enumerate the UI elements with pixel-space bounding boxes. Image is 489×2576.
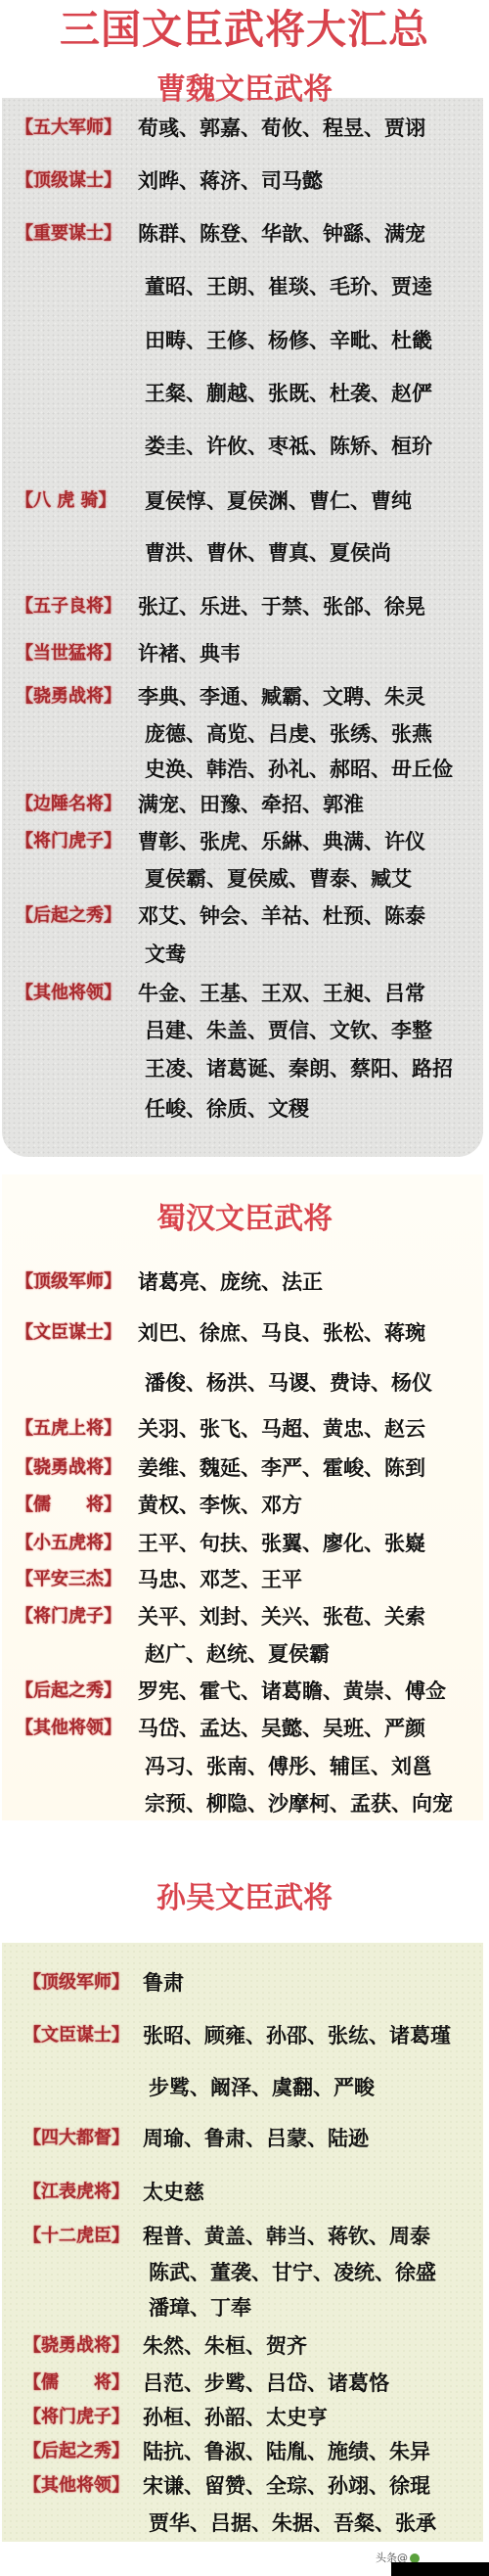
wu-row: 潘璋、丁奉 [0,2293,489,2323]
names-list: 董昭、王朗、崔琰、毛玠、贾逵 [145,272,432,301]
wu-row: 【其他将领】宋谦、留赞、全琮、孙翊、徐琨 [0,2471,489,2501]
wei-row: 【顶级谋士】刘晔、蒋济、司马懿 [0,166,489,196]
wei-row: 【后起之秀】邓艾、钟会、羊祜、杜预、陈泰 [0,901,489,931]
wu-row: 陈武、董袭、甘宁、凌统、徐盛 [0,2258,489,2287]
names-list: 王平、句扶、张翼、廖化、张嶷 [138,1529,425,1558]
names-list: 姜维、魏延、李严、霍峻、陈到 [138,1453,425,1483]
names-list: 邓艾、钟会、羊祜、杜预、陈泰 [138,901,425,931]
category-label: 【顶级军师】 [16,1267,121,1297]
wei-row: 王粲、蒯越、张既、杜袭、赵俨 [0,379,489,408]
shu-row: 【五虎上将】关羽、张飞、马超、黄忠、赵云 [0,1414,489,1444]
names-list: 黄权、李恢、邓方 [138,1491,302,1520]
wei-row: 吕建、朱盖、贾信、文钦、李整 [0,1016,489,1045]
category-label: 【边陲名将】 [16,790,121,819]
names-list: 曹彰、张虎、乐綝、典满、许仪 [138,827,425,856]
wei-row: 娄圭、许攸、枣祗、陈矫、桓玠 [0,432,489,461]
category-label: 【后起之秀】 [16,901,121,931]
wei-row: 夏侯霸、夏侯威、曹泰、臧艾 [0,864,489,894]
shu-row: 【文臣谋士】刘巴、徐庶、马良、张松、蒋琬 [0,1318,489,1348]
wu-row: 【文臣谋士】张昭、顾雍、孙邵、张纮、诸葛瑾 [0,2021,489,2050]
wu-row: 【顶级军师】鲁肃 [0,1968,489,1998]
names-list: 周瑜、鲁肃、吕蒙、陆逊 [143,2124,369,2153]
names-list: 王凌、诸葛诞、秦朗、蔡阳、路招 [145,1054,453,1083]
shu-row: 赵广、赵统、夏侯霸 [0,1639,489,1669]
names-list: 关平、刘封、关兴、张苞、关索 [138,1602,425,1632]
category-label: 【骁勇战将】 [16,1453,121,1483]
wei-row: 史涣、韩浩、孙礼、郝昭、毌丘俭 [0,755,489,784]
category-label: 【文臣谋士】 [16,1318,121,1348]
wu-row: 贾华、吕据、朱据、吾粲、张承 [0,2508,489,2538]
category-label: 【文臣谋士】 [23,2021,129,2050]
names-list: 荀彧、郭嘉、荀攸、程昱、贾诩 [138,114,425,143]
names-list: 刘晔、蒋济、司马懿 [138,166,323,196]
wei-row: 【五子良将】张辽、乐进、于禁、张郃、徐晃 [0,592,489,621]
names-list: 张辽、乐进、于禁、张郃、徐晃 [138,592,425,621]
names-list: 夏侯惇、夏侯渊、曹仁、曹纯 [145,486,412,516]
category-label: 【儒 将】 [23,2369,129,2398]
category-label: 【五子良将】 [16,592,121,621]
names-list: 曹洪、曹休、曹真、夏侯尚 [145,538,391,568]
wei-row: 董昭、王朗、崔琰、毛玠、贾逵 [0,272,489,301]
category-label: 【其他将领】 [16,979,121,1008]
category-label: 【四大都督】 [23,2124,129,2153]
category-label: 【后起之秀】 [16,1677,121,1706]
names-list: 步骘、阚泽、虞翻、严畯 [149,2073,375,2102]
names-list: 罗宪、霍弋、诸葛瞻、黄崇、傅佥 [138,1677,446,1706]
category-label: 【骁勇战将】 [16,682,121,712]
wei-row: 曹洪、曹休、曹真、夏侯尚 [0,538,489,568]
shu-row: 【其他将领】马岱、孟达、吴懿、吴班、严颜 [0,1714,489,1743]
shu-row: 【骁勇战将】姜维、魏延、李严、霍峻、陈到 [0,1453,489,1483]
wu-row: 【十二虎臣】程普、黄盖、韩当、蒋钦、周泰 [0,2222,489,2251]
wei-row: 王凌、诸葛诞、秦朗、蔡阳、路招 [0,1054,489,1083]
wei-row: 【八 虎 骑】夏侯惇、夏侯渊、曹仁、曹纯 [0,486,489,516]
shu-row: 潘俊、杨洪、马谡、费诗、杨仪 [0,1368,489,1398]
names-list: 史涣、韩浩、孙礼、郝昭、毌丘俭 [145,755,453,784]
wei-row: 任峻、徐质、文稷 [0,1094,489,1124]
names-list: 陆抗、鲁淑、陆胤、施绩、朱异 [143,2437,430,2466]
shu-row: 宗预、柳隐、沙摩柯、孟获、向宠 [0,1789,489,1818]
names-list: 程普、黄盖、韩当、蒋钦、周泰 [143,2222,430,2251]
names-list: 吕建、朱盖、贾信、文钦、李整 [145,1016,432,1045]
category-label: 【其他将领】 [23,2471,129,2501]
category-label: 【将门虎子】 [23,2403,129,2432]
watermark-redaction [391,2562,489,2576]
main-title: 三国文臣武将大汇总 [0,6,489,53]
names-list: 田畴、王修、杨修、辛毗、杜畿 [145,326,432,355]
names-list: 诸葛亮、庞统、法正 [138,1267,323,1297]
category-label: 【当世猛将】 [16,639,121,668]
category-label: 【顶级谋士】 [16,166,121,196]
category-label: 【儒 将】 [16,1491,121,1520]
category-label: 【五大军师】 [16,114,121,143]
names-list: 潘俊、杨洪、马谡、费诗、杨仪 [145,1368,432,1398]
category-label: 【将门虎子】 [16,827,121,856]
names-list: 鲁肃 [143,1968,184,1998]
names-list: 张昭、顾雍、孙邵、张纮、诸葛瑾 [143,2021,451,2050]
wu-row: 【后起之秀】陆抗、鲁淑、陆胤、施绩、朱异 [0,2437,489,2466]
names-list: 朱然、朱桓、贺齐 [143,2331,307,2361]
wei-row: 【五大军师】荀彧、郭嘉、荀攸、程昱、贾诩 [0,114,489,143]
names-list: 许褚、典韦 [138,639,241,668]
names-list: 满宠、田豫、牵招、郭淮 [138,790,364,819]
wei-row: 文鸯 [0,940,489,969]
wei-row: 田畴、王修、杨修、辛毗、杜畿 [0,326,489,355]
category-label: 【其他将领】 [16,1714,121,1743]
category-label: 【十二虎臣】 [23,2222,129,2251]
section-title-wei: 曹魏文臣武将 [0,72,489,108]
category-label: 【骁勇战将】 [23,2331,129,2361]
names-list: 冯习、张南、傅彤、辅匡、刘邕 [145,1752,432,1781]
shu-row: 【小五虎将】王平、句扶、张翼、廖化、张嶷 [0,1529,489,1558]
section-title-shu: 蜀汉文臣武将 [0,1202,489,1237]
names-list: 牛金、王基、王双、王昶、吕常 [138,979,425,1008]
category-label: 【顶级军师】 [23,1968,129,1998]
category-label: 【平安三杰】 [16,1565,121,1594]
names-list: 潘璋、丁奉 [149,2293,251,2323]
names-list: 陈群、陈登、华歆、钟繇、满宠 [138,219,425,249]
names-list: 马忠、邓芝、王平 [138,1565,302,1594]
names-list: 夏侯霸、夏侯威、曹泰、臧艾 [145,864,412,894]
names-list: 吕范、步骘、吕岱、诸葛恪 [143,2369,389,2398]
names-list: 贾华、吕据、朱据、吾粲、张承 [149,2508,436,2538]
names-list: 庞德、高览、吕虔、张绣、张燕 [145,719,432,749]
names-list: 太史慈 [143,2178,204,2207]
category-label: 【后起之秀】 [23,2437,129,2466]
category-label: 【将门虎子】 [16,1602,121,1632]
wei-row: 【边陲名将】满宠、田豫、牵招、郭淮 [0,790,489,819]
names-list: 陈武、董袭、甘宁、凌统、徐盛 [149,2258,436,2287]
names-list: 宋谦、留赞、全琮、孙翊、徐琨 [143,2471,430,2501]
category-label: 【五虎上将】 [16,1414,121,1444]
shu-row: 【顶级军师】诸葛亮、庞统、法正 [0,1267,489,1297]
wu-row: 【将门虎子】孙桓、孙韶、太史亨 [0,2403,489,2432]
wu-row: 【骁勇战将】朱然、朱桓、贺齐 [0,2331,489,2361]
wu-row: 【儒 将】吕范、步骘、吕岱、诸葛恪 [0,2369,489,2398]
shu-row: 【平安三杰】马忠、邓芝、王平 [0,1565,489,1594]
names-list: 娄圭、许攸、枣祗、陈矫、桓玠 [145,432,432,461]
section-title-wu: 孙吴文臣武将 [0,1881,489,1916]
names-list: 文鸯 [145,940,186,969]
category-label: 【八 虎 骑】 [16,486,116,516]
wei-row: 【重要谋士】陈群、陈登、华歆、钟繇、满宠 [0,219,489,249]
category-label: 【江表虎将】 [23,2178,129,2207]
shu-row: 【将门虎子】关平、刘封、关兴、张苞、关索 [0,1602,489,1632]
names-list: 李典、李通、臧霸、文聘、朱灵 [138,682,425,712]
names-list: 刘巴、徐庶、马良、张松、蒋琬 [138,1318,425,1348]
names-list: 王粲、蒯越、张既、杜袭、赵俨 [145,379,432,408]
names-list: 赵广、赵统、夏侯霸 [145,1639,330,1669]
category-label: 【小五虎将】 [16,1529,121,1558]
names-list: 孙桓、孙韶、太史亨 [143,2403,328,2432]
wei-row: 【其他将领】牛金、王基、王双、王昶、吕常 [0,979,489,1008]
shu-row: 冯习、张南、傅彤、辅匡、刘邕 [0,1752,489,1781]
shu-row: 【后起之秀】罗宪、霍弋、诸葛瞻、黄崇、傅佥 [0,1677,489,1706]
category-label: 【重要谋士】 [16,219,121,249]
wu-row: 【江表虎将】太史慈 [0,2178,489,2207]
wei-row: 【骁勇战将】李典、李通、臧霸、文聘、朱灵 [0,682,489,712]
wei-row: 【当世猛将】许褚、典韦 [0,639,489,668]
wei-row: 【将门虎子】曹彰、张虎、乐綝、典满、许仪 [0,827,489,856]
wu-row: 【四大都督】周瑜、鲁肃、吕蒙、陆逊 [0,2124,489,2153]
wei-row: 庞德、高览、吕虔、张绣、张燕 [0,719,489,749]
names-list: 关羽、张飞、马超、黄忠、赵云 [138,1414,425,1444]
names-list: 马岱、孟达、吴懿、吴班、严颜 [138,1714,425,1743]
names-list: 宗预、柳隐、沙摩柯、孟获、向宠 [145,1789,453,1818]
wu-row: 步骘、阚泽、虞翻、严畯 [0,2073,489,2102]
names-list: 任峻、徐质、文稷 [145,1094,309,1124]
shu-row: 【儒 将】黄权、李恢、邓方 [0,1491,489,1520]
